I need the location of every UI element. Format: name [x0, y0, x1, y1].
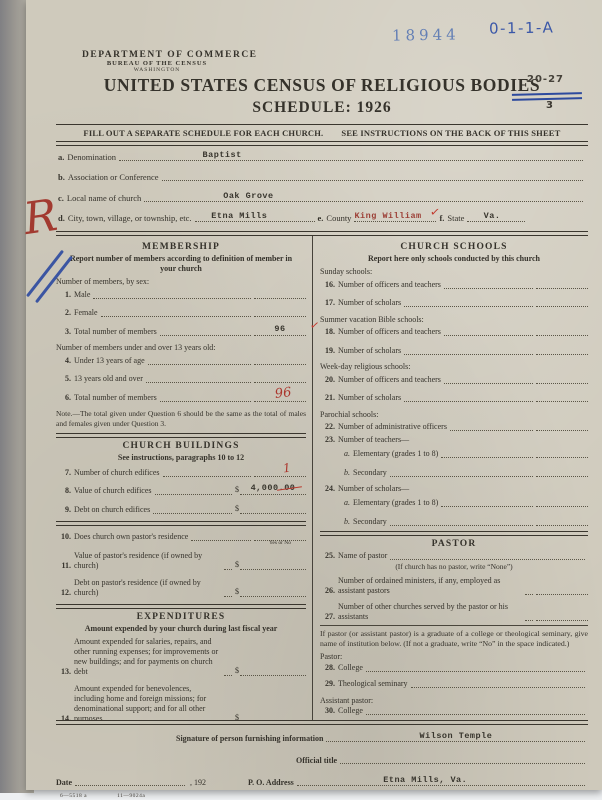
answer-line [536, 325, 588, 336]
leader-dots [404, 298, 533, 307]
leader-dots [404, 346, 533, 355]
q-label: Secondary [353, 468, 387, 478]
date-line [75, 775, 185, 786]
answer-line [536, 344, 588, 355]
answer-line [536, 466, 588, 477]
typed-value-county: King William [354, 211, 421, 221]
q-num: 20. [320, 375, 335, 385]
typed-value: Baptist [203, 150, 242, 160]
q-num: 5. [56, 374, 71, 384]
typed-value: 96 [254, 324, 306, 335]
q-label: Value of church edifices [74, 486, 152, 496]
print-code-right: 11—9024a [117, 793, 145, 799]
field-city-county-state: d. City, town, village, or township, etc… [58, 212, 586, 223]
question-6: 6. Total number of members 96 [56, 391, 306, 403]
q-num: 22. [320, 422, 335, 432]
field-letter: c. [58, 193, 64, 203]
leader-dots [153, 505, 232, 514]
typed-value: Etna Mills [211, 211, 267, 221]
q-num: 27. [320, 612, 335, 622]
q-label: Number of teachers— [338, 435, 409, 445]
q-label: Total number of members [74, 327, 157, 337]
question-19: 19. Number of scholars [320, 344, 588, 356]
q-num: 21. [320, 393, 335, 403]
field-label: Association or Conference [68, 172, 159, 182]
question-8: 8. Value of church edifices $ 4,000.00 [56, 484, 306, 496]
print-code-left: 6—5518 a [60, 793, 87, 799]
graduate-instructions: If pastor (or assistant pastor) is a gra… [320, 629, 588, 649]
po-address-line: Etna Mills, Va. [297, 775, 585, 786]
q-label: Number of church edifices [74, 468, 160, 478]
right-column: CHURCH SCHOOLS Report here only schools … [312, 236, 588, 720]
question-3: 3. Total number of members 96 ✓ [56, 325, 306, 337]
leader-dots [163, 468, 251, 477]
q-num: 26. [320, 586, 335, 596]
answer-line [536, 391, 588, 402]
group-label: Parochial schools: [320, 410, 588, 419]
answer-line: 96 [254, 391, 306, 402]
form-schedule-year: SCHEDULE: 1926 [56, 99, 588, 117]
q-label: Amount expended for benevolences, includ… [74, 684, 221, 721]
leader-dots [444, 375, 533, 384]
question-28: 28. College [320, 663, 588, 673]
answer-line [536, 420, 588, 431]
q-label: Elementary (grades 1 to 8) [353, 498, 438, 508]
field-label: State [447, 213, 464, 223]
official-title-line [340, 753, 585, 764]
left-column: MEMBERSHIP Report number of members acco… [56, 236, 312, 720]
answer-line [536, 584, 588, 595]
question-16: 16. Number of officers and teachers [320, 278, 588, 290]
q-label: Number of officers and teachers [338, 375, 441, 385]
field-letter: a. [58, 152, 64, 162]
church-buildings-title: CHURCH BUILDINGS [56, 441, 306, 451]
divider [56, 521, 306, 526]
q-num: 2. [56, 308, 71, 318]
question-24a: a. Elementary (grades 1 to 8) [320, 496, 588, 508]
question-29: 29. Theological seminary [320, 679, 588, 689]
yes-or-no-hint: Yes or No [254, 540, 306, 547]
church-schools-subtitle: Report here only schools conducted by th… [328, 254, 580, 264]
leader-dots [450, 422, 533, 431]
leader-dots [224, 714, 232, 721]
dollar-sign: $ [235, 504, 239, 514]
field-letter: e. [318, 213, 324, 223]
q-num: 11. [56, 561, 71, 571]
group-label: Assistant pastor: [320, 696, 588, 705]
divider [320, 625, 588, 626]
q-label: Amount expended for salaries, repairs, a… [74, 637, 221, 677]
form-body: MEMBERSHIP Report number of members acco… [56, 236, 588, 720]
question-12: 12. Debt on pastor's residence (if owned… [56, 578, 306, 598]
expenditures-subtitle: Amount expended by your church during la… [64, 624, 298, 634]
group-label: Summer vacation Bible schools: [320, 315, 588, 324]
answer-line: 4,000.00 [240, 484, 306, 495]
field-label: Local name of church [67, 193, 141, 203]
bureau-name: BUREAU OF THE CENSUS [82, 60, 232, 67]
dollar-sign: $ [235, 587, 239, 597]
dollar-sign: $ [235, 560, 239, 570]
q-num: 4. [56, 356, 71, 366]
leader-dots [390, 551, 585, 560]
question-24: 24. Number of scholars— [320, 484, 588, 494]
pastor-title: PASTOR [320, 539, 588, 549]
instruction-banner: FILL OUT A SEPARATE SCHEDULE FOR EACH CH… [56, 124, 588, 141]
q-num: 23. [320, 435, 335, 445]
group-label: Number of members under and over 13 year… [56, 343, 306, 352]
leader-dots [155, 486, 232, 495]
question-11: 11. Value of pastor's residence (if owne… [56, 551, 306, 571]
answer-line [536, 496, 588, 507]
leader-dots [444, 327, 533, 336]
q-label: Debt on pastor's residence (if owned by … [74, 578, 221, 598]
question-5: 5. 13 years old and over [56, 372, 306, 384]
answer-line [536, 515, 588, 526]
question-2: 2. Female [56, 306, 306, 318]
official-title-label: Official title [296, 756, 337, 765]
form-title: UNITED STATES CENSUS OF RELIGIOUS BODIES [56, 75, 588, 96]
answer-line [254, 372, 306, 383]
department-name: DEPARTMENT OF COMMERCE [82, 50, 232, 60]
leader-dots [224, 667, 232, 676]
leader-dots [101, 308, 251, 317]
q-label: Does church own pastor's residence [74, 532, 188, 542]
typed-po-address: Etna Mills, Va. [383, 775, 467, 785]
q-label: Debt on church edifices [74, 505, 150, 515]
q-num: b. [320, 468, 350, 478]
q-label: College [338, 663, 363, 673]
q-label: College [338, 706, 363, 716]
q-label: Total number of members [74, 393, 157, 403]
expenditures-title: EXPENDITURES [56, 612, 306, 622]
typed-signature: Wilson Temple [420, 731, 493, 741]
q-label: Secondary [353, 517, 387, 527]
date-year-prefix: , 192 [190, 778, 206, 787]
membership-title: MEMBERSHIP [56, 242, 306, 252]
q-label: Number of officers and teachers [338, 280, 441, 290]
typed-value: Oak Grove [223, 191, 273, 201]
q-num: 25. [320, 551, 335, 561]
question-22: 22. Number of administrative officers [320, 420, 588, 432]
fill-line: Oak Grove [144, 192, 583, 202]
census-form-page: DEPARTMENT OF COMMERCE BUREAU OF THE CEN… [26, 0, 602, 790]
fill-line: Baptist [119, 151, 583, 161]
leader-dots [160, 393, 251, 402]
signature-section: Signature of person furnishing informati… [56, 725, 588, 799]
answer-line [254, 288, 306, 299]
leader-dots [191, 532, 251, 541]
field-letter: b. [58, 172, 65, 182]
q-num: 9. [56, 505, 71, 515]
q-label: Under 13 years of age [74, 356, 145, 366]
q-num: a. [320, 449, 350, 459]
answer-line [240, 665, 306, 676]
q-label: Female [74, 308, 98, 318]
answer-line [240, 559, 306, 570]
leader-dots [148, 356, 251, 365]
divider [56, 433, 306, 438]
q-label: Number of administrative officers [338, 422, 447, 432]
q-num: 18. [320, 327, 335, 337]
banner-left: FILL OUT A SEPARATE SCHEDULE FOR EACH CH… [83, 128, 323, 138]
fill-line [162, 171, 584, 181]
q-num: 24. [320, 484, 335, 494]
field-association: b. Association or Conference [58, 171, 586, 182]
leader-dots [441, 498, 533, 507]
q-label: Male [74, 290, 90, 300]
answer-line [536, 447, 588, 458]
answer-line [240, 712, 306, 721]
question-25: 25. Name of pastor [320, 551, 588, 561]
leader-dots [224, 561, 232, 570]
dollar-sign: $ [235, 713, 239, 721]
q-label: Number of scholars [338, 346, 401, 356]
official-title-row: Official title [296, 753, 588, 765]
fill-line: Etna Mills [195, 212, 315, 222]
field-letter: d. [58, 213, 65, 223]
field-label: County [326, 213, 351, 223]
leader-dots [404, 393, 533, 402]
answer-line [240, 503, 306, 514]
q-label: Number of officers and teachers [338, 327, 441, 337]
question-23a: a. Elementary (grades 1 to 8) [320, 447, 588, 459]
question-18: 18. Number of officers and teachers [320, 325, 588, 337]
membership-note: Note.—The total given under Question 6 s… [56, 409, 306, 429]
fill-line: Va. [467, 212, 525, 222]
q-num: 29. [320, 679, 335, 689]
typed-value: Va. [484, 211, 501, 221]
leader-dots [390, 468, 533, 477]
leader-dots [525, 586, 533, 595]
answer-line: 96 ✓ [254, 325, 306, 336]
q-label: Number of other churches served by the p… [338, 602, 522, 622]
question-30: 30. College [320, 706, 588, 716]
value-dollars: 4,000 [251, 483, 279, 493]
field-letter: f. [439, 213, 444, 223]
q-label: Value of pastor's residence (if owned by… [74, 551, 221, 571]
question-23b: b. Secondary [320, 466, 588, 478]
handwritten-red-value: 96 [274, 385, 292, 403]
q-num: 13. [56, 667, 71, 677]
dollar-sign: $ [235, 666, 239, 676]
leader-dots [366, 706, 585, 715]
dollar-sign: $ [235, 485, 239, 495]
q-label: Number of scholars [338, 298, 401, 308]
field-local-church-name: c. Local name of church Oak Grove [58, 192, 586, 203]
answer-line: 1 [254, 466, 306, 477]
group-label: Week-day religious schools: [320, 362, 588, 371]
q-num: a. [320, 498, 350, 508]
group-label: Sunday schools: [320, 267, 588, 276]
leader-dots [93, 290, 251, 299]
leader-dots [224, 588, 232, 597]
question-4: 4. Under 13 years of age [56, 354, 306, 366]
question-13: 13. Amount expended for salaries, repair… [56, 637, 306, 677]
answer-line [536, 296, 588, 307]
leader-dots [525, 612, 533, 621]
q-label: Number of scholars— [338, 484, 409, 494]
agency-block: DEPARTMENT OF COMMERCE BUREAU OF THE CEN… [82, 50, 232, 73]
po-address-label: P. O. Address [248, 778, 294, 787]
question-21: 21. Number of scholars [320, 391, 588, 403]
scanned-census-schedule: DEPARTMENT OF COMMERCE BUREAU OF THE CEN… [0, 0, 602, 800]
leader-dots [441, 449, 533, 458]
q-num: 16. [320, 280, 335, 290]
answer-line [536, 373, 588, 384]
membership-subtitle: Report number of members according to de… [64, 254, 298, 274]
group-label: Number of members, by sex: [56, 277, 306, 286]
question-17: 17. Number of scholars [320, 296, 588, 308]
leader-dots [160, 327, 251, 336]
q-label: Name of pastor [338, 551, 387, 561]
group-label: Pastor: [320, 652, 588, 661]
form-print-codes: 6—5518 a 11—9024a [60, 793, 588, 799]
field-label: City, town, village, or township, etc. [68, 213, 192, 223]
q-num: 3. [56, 327, 71, 337]
q-label: 13 years old and over [74, 374, 143, 384]
banner-right: SEE INSTRUCTIONS ON THE BACK OF THIS SHE… [341, 128, 560, 138]
q-num: b. [320, 517, 350, 527]
bureau-city: WASHINGTON [82, 67, 232, 73]
signature-line: Wilson Temple [326, 731, 585, 742]
question-23: 23. Number of teachers— [320, 435, 588, 445]
church-schools-title: CHURCH SCHOOLS [320, 242, 588, 252]
leader-dots [146, 374, 251, 383]
field-label: Denomination [67, 152, 116, 162]
signature-row: Signature of person furnishing informati… [176, 731, 588, 743]
leader-dots [390, 517, 533, 526]
question-10: 10. Does church own pastor's residence Y… [56, 530, 306, 542]
date-label: Date [56, 778, 72, 787]
q-num: 1. [56, 290, 71, 300]
value-cents-struck: .00 [279, 483, 296, 494]
handwritten-red-value: 1 [282, 460, 291, 476]
field-denomination: a. Denomination Baptist [58, 151, 586, 162]
q-label: Elementary (grades 1 to 8) [353, 449, 438, 459]
leader-dots [366, 663, 585, 672]
question-7: 7. Number of church edifices 1 [56, 466, 306, 478]
q-num: 6. [56, 393, 71, 403]
typed-value: 4,000.00 [240, 483, 306, 494]
answer-line: Yes or No [254, 530, 306, 541]
answer-line [240, 586, 306, 597]
date-address-row: Date , 192 P. O. Address Etna Mills, Va. [56, 775, 588, 787]
divider [56, 604, 306, 609]
q-label: Theological seminary [338, 679, 408, 689]
fill-line: King William ✓ [354, 212, 436, 222]
leader-dots [411, 679, 585, 688]
identification-fields: a. Denomination Baptist b. Association o… [56, 146, 588, 232]
q-label: Number of ordained ministers, if any, em… [338, 576, 522, 596]
q-num: 17. [320, 298, 335, 308]
red-check-mark: ✓ [309, 318, 320, 333]
question-9: 9. Debt on church edifices $ [56, 503, 306, 515]
question-20: 20. Number of officers and teachers [320, 373, 588, 385]
q-num: 8. [56, 486, 71, 496]
q-label: Number of scholars [338, 393, 401, 403]
answer-line [536, 278, 588, 289]
no-pastor-hint: (If church has no pastor, write “None”) [320, 562, 588, 571]
question-26: 26. Number of ordained ministers, if any… [320, 576, 588, 596]
divider [320, 531, 588, 536]
q-num: 30. [320, 706, 335, 716]
q-num: 10. [56, 532, 71, 542]
q-num: 19. [320, 346, 335, 356]
church-buildings-subtitle: See instructions, paragraphs 10 to 12 [64, 453, 298, 463]
answer-line [254, 354, 306, 365]
q-num: 14. [56, 714, 71, 721]
leader-dots [444, 280, 533, 289]
question-27: 27. Number of other churches served by t… [320, 602, 588, 622]
question-14: 14. Amount expended for benevolences, in… [56, 684, 306, 721]
question-24b: b. Secondary [320, 515, 588, 527]
signature-label: Signature of person furnishing informati… [176, 734, 323, 743]
q-num: 12. [56, 588, 71, 598]
answer-line [536, 610, 588, 621]
question-1: 1. Male [56, 288, 306, 300]
q-num: 28. [320, 663, 335, 673]
answer-line [254, 306, 306, 317]
q-num: 7. [56, 468, 71, 478]
